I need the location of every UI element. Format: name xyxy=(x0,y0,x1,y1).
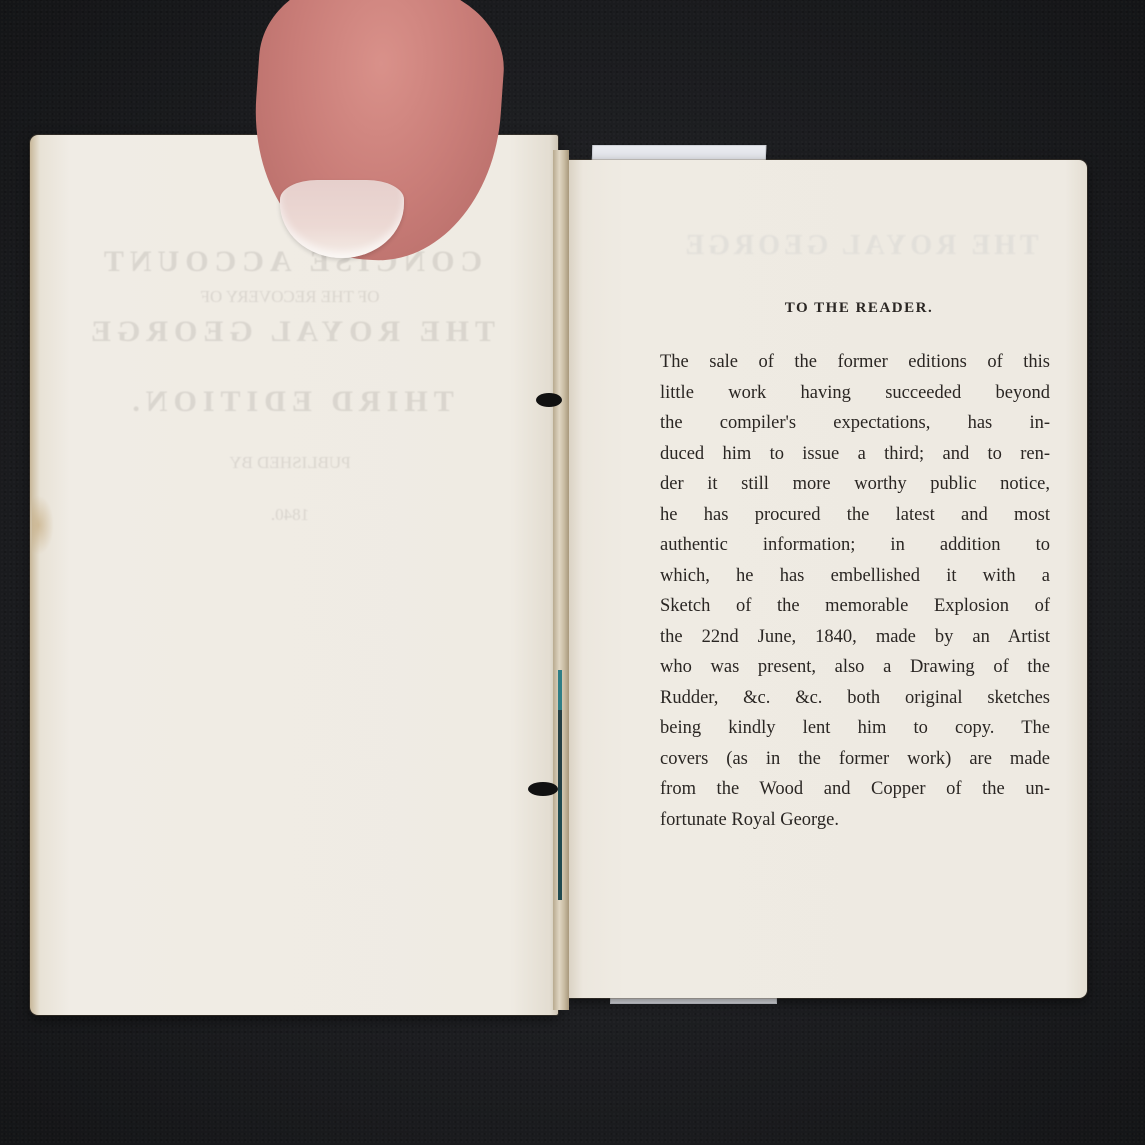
text-line: authentic information; in addition to xyxy=(660,530,1050,561)
binding-hole xyxy=(536,393,562,407)
right-page-show-through: THE ROYAL GEORGE xyxy=(670,230,1050,262)
text-line: duced him to issue a third; and to ren- xyxy=(660,439,1050,470)
book-spine-stitching xyxy=(553,150,569,1010)
text-line: being kindly lent him to copy. The xyxy=(660,713,1050,744)
page-heading: TO THE READER. xyxy=(660,300,1050,317)
text-line: the compiler's expectations, has in- xyxy=(660,408,1050,439)
text-line: from the Wood and Copper of the un- xyxy=(660,774,1050,805)
text-line: he has procured the latest and most xyxy=(660,500,1050,531)
thread xyxy=(558,670,562,710)
right-page-text: TO THE READER. The sale of the former ed… xyxy=(660,300,1050,835)
text-line: fortunate Royal George. xyxy=(660,805,1050,836)
text-line: the 22nd June, 1840, made by an Artist xyxy=(660,622,1050,653)
text-line: Sketch of the memorable Explosion of xyxy=(660,591,1050,622)
text-line: covers (as in the former work) are made xyxy=(660,744,1050,775)
text-line: who was present, also a Drawing of the xyxy=(660,652,1050,683)
thread xyxy=(558,790,562,900)
text-line: The sale of the former editions of this xyxy=(660,347,1050,378)
text-line: little work having succeeded beyond xyxy=(660,378,1050,409)
thread xyxy=(558,710,562,790)
text-line: Rudder, &c. &c. both original sketches xyxy=(660,683,1050,714)
left-page-show-through: CONCISE ACCOUNT OF THE RECOVERY OF THE R… xyxy=(60,240,520,528)
text-line: der it still more worthy public notice, xyxy=(660,469,1050,500)
paper-stain xyxy=(32,495,54,555)
binding-hole xyxy=(528,782,558,796)
text-line: which, he has embellished it with a xyxy=(660,561,1050,592)
